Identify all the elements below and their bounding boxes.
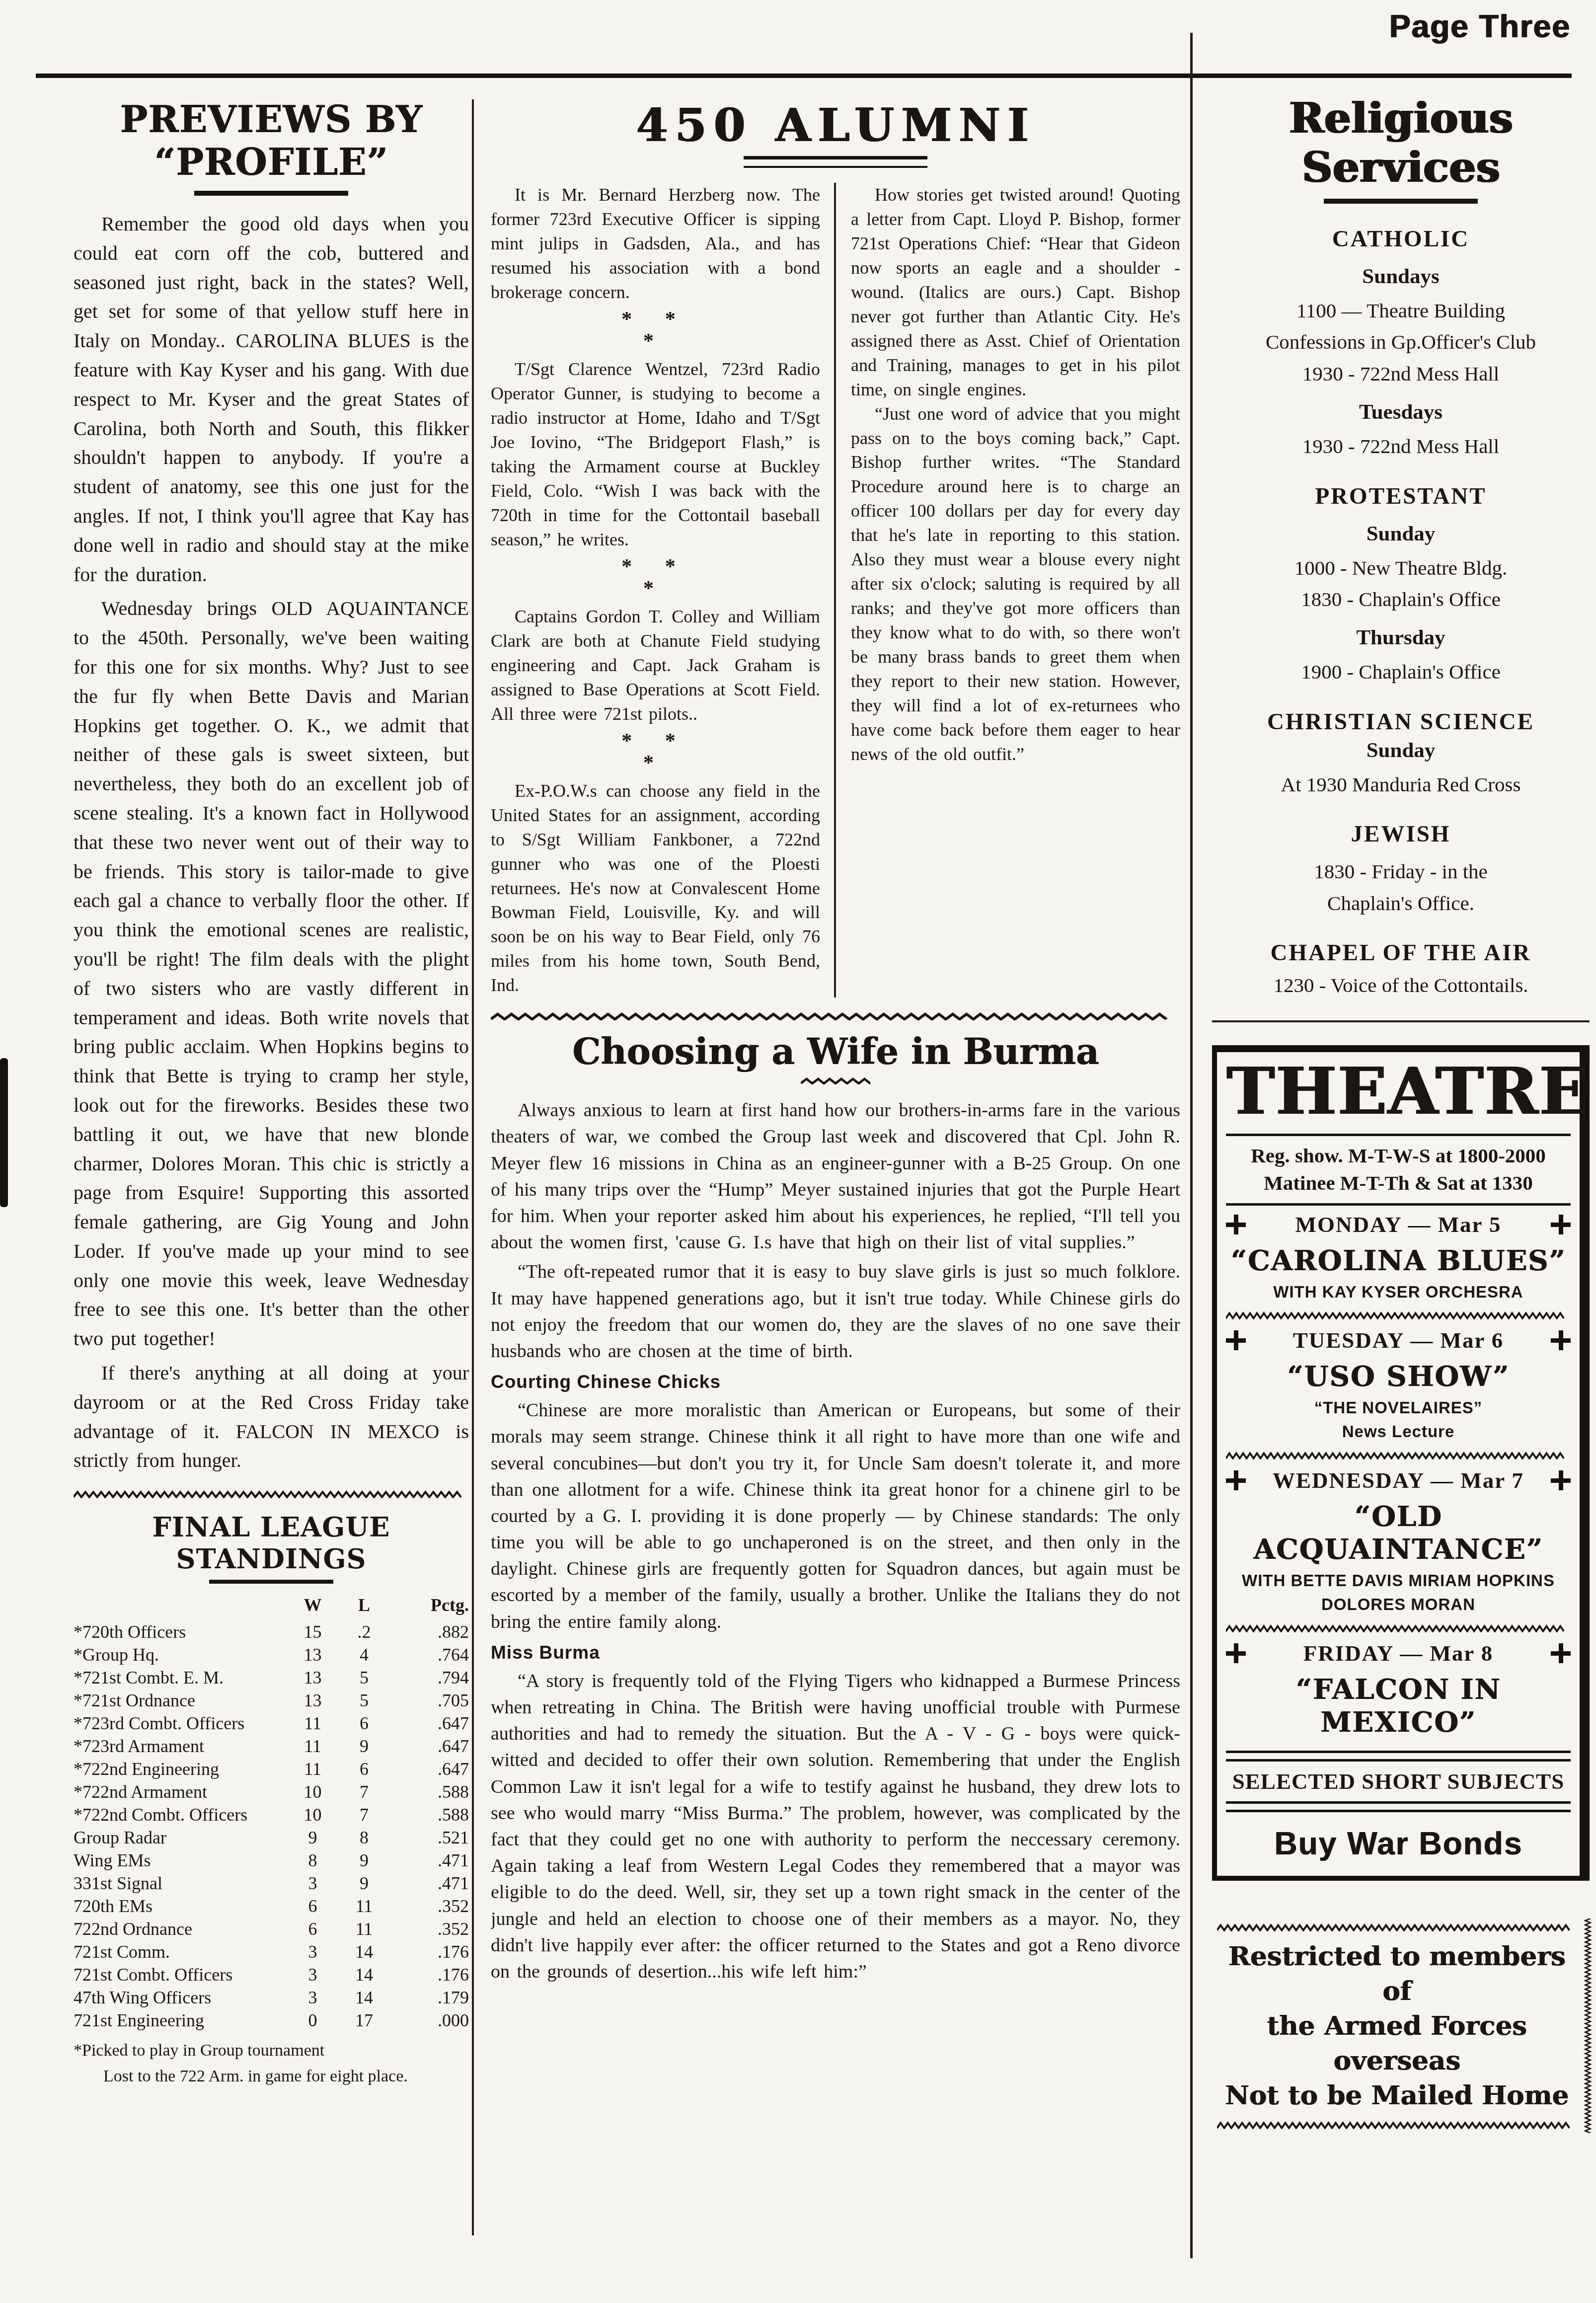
team-name: *720th Officers — [74, 1620, 287, 1643]
wins: 3 — [287, 1940, 338, 1963]
team-name: *723rd Armament — [74, 1735, 287, 1758]
standings-row: 720th EMs611.352 — [74, 1895, 469, 1918]
wins: 9 — [287, 1826, 338, 1849]
standings-row: *720th Officers15.2.882 — [74, 1620, 469, 1643]
christian-science-day: Sunday — [1212, 738, 1590, 763]
team-name: *723rd Combt. Officers — [74, 1712, 287, 1735]
schedule-entry: FRIDAY — Mar 8 “FALCON IN MEXICO” — [1226, 1640, 1571, 1739]
service-line: Chaplain's Office. — [1212, 889, 1590, 918]
wavy-border — [1217, 1923, 1577, 1931]
alumni-paragraph: T/Sgt Clarence Wentzel, 723rd Radio Oper… — [491, 357, 820, 552]
cross-icon — [1551, 1643, 1571, 1663]
squiggle-rule — [801, 1077, 870, 1084]
film-title: “FALCON IN MEXICO” — [1226, 1673, 1571, 1739]
theatre-schedule-box: THEATRE Reg. show. M-T-W-S at 1800-2000 … — [1212, 1045, 1590, 1881]
schedule-entry: MONDAY — Mar 5 “CAROLINA BLUES” WITH KAY… — [1226, 1212, 1571, 1304]
scan-artifact-mark — [0, 1058, 8, 1207]
pct-col-header: Pctg. — [390, 1594, 469, 1620]
wins: 13 — [287, 1689, 338, 1712]
protestant-heading: PROTESTANT — [1212, 483, 1590, 510]
wins: 3 — [287, 1986, 338, 2009]
religious-services-title: Religious Services — [1212, 93, 1590, 192]
film-cast: “THE NOVELAIRES” — [1226, 1396, 1571, 1420]
service-line: 1930 - 722nd Mess Hall — [1212, 360, 1590, 388]
day-row: MONDAY — Mar 5 — [1226, 1212, 1571, 1237]
catholic-day: Sundays — [1212, 264, 1590, 289]
losses: 4 — [338, 1643, 389, 1666]
film-title: “OLD ACQUAINTANCE” — [1226, 1500, 1571, 1566]
pct: .352 — [390, 1895, 469, 1918]
service-line: 1830 - Chaplain's Office — [1212, 585, 1590, 614]
team-name: *722nd Armament — [74, 1780, 287, 1803]
team-name: *722nd Engineering — [74, 1758, 287, 1780]
burma-title: Choosing a Wife in Burma — [491, 1030, 1180, 1073]
wins: 10 — [287, 1780, 338, 1803]
standings-row: 47th Wing Officers314.179 — [74, 1986, 469, 2009]
pct: .521 — [390, 1826, 469, 1849]
wins: 3 — [287, 1872, 338, 1895]
team-name: 721st Comm. — [74, 1940, 287, 1963]
pct: .647 — [390, 1735, 469, 1758]
day-row: TUESDAY — Mar 6 — [1226, 1327, 1571, 1353]
cross-icon — [1226, 1643, 1246, 1663]
losses: 14 — [338, 1986, 389, 2009]
losses: 6 — [338, 1758, 389, 1780]
standings-footnote: Lost to the 722 Arm. in game for eight p… — [74, 2065, 469, 2088]
previews-paragraph: If there's anything at all doing at your… — [74, 1359, 469, 1475]
wavy-border — [1217, 2121, 1577, 2129]
film-title: “USO SHOW” — [1226, 1360, 1571, 1393]
catholic-day: Tuesdays — [1212, 400, 1590, 424]
title-rule — [194, 191, 348, 196]
wins: 11 — [287, 1735, 338, 1758]
pct: .647 — [390, 1712, 469, 1735]
show-day: WEDNESDAY — Mar 7 — [1246, 1467, 1551, 1493]
previews-paragraph: Wednesday brings OLD AQUAINTANCE to the … — [74, 594, 469, 1354]
film-title: “CAROLINA BLUES” — [1226, 1244, 1571, 1277]
alumni-paragraph: How stories get twisted around! Quoting … — [851, 183, 1180, 402]
standings-row: *722nd Engineering116.647 — [74, 1758, 469, 1780]
column-divider — [1190, 33, 1193, 2258]
team-name: *721st Combt. E. M. — [74, 1666, 287, 1689]
team-name: Group Radar — [74, 1826, 287, 1849]
protestant-day: Sunday — [1212, 522, 1590, 546]
alumni-paragraph: It is Mr. Bernard Herzberg now. The form… — [491, 183, 820, 305]
losses: 8 — [338, 1826, 389, 1849]
team-name: *722nd Combt. Officers — [74, 1803, 287, 1826]
standings-footnote: *Picked to play in Group tournament — [74, 2039, 469, 2063]
losses: 11 — [338, 1895, 389, 1918]
burma-subhead: Miss Burma — [491, 1642, 1180, 1663]
pct: .705 — [390, 1689, 469, 1712]
standings-row: Wing EMs89.471 — [74, 1849, 469, 1872]
service-line: 1230 - Voice of the Cottontails. — [1212, 971, 1590, 999]
service-line: 1900 - Chaplain's Office — [1212, 658, 1590, 686]
standings-row: 721st Comm.314.176 — [74, 1940, 469, 1963]
team-name: 721st Engineering — [74, 2009, 287, 2032]
pct: .588 — [390, 1803, 469, 1826]
show-day: TUESDAY — Mar 6 — [1246, 1327, 1551, 1353]
losses: 17 — [338, 2009, 389, 2032]
christian-science-heading: CHRISTIAN SCIENCE — [1212, 708, 1590, 735]
alumni-paragraph: Captains Gordon T. Colley and William Cl… — [491, 605, 820, 726]
right-column: Religious Services CATHOLIC Sundays 1100… — [1212, 93, 1590, 2289]
losses: .2 — [338, 1620, 389, 1643]
wins: 3 — [287, 1963, 338, 1986]
day-row: FRIDAY — Mar 8 — [1226, 1640, 1571, 1666]
wavy-divider — [74, 1490, 469, 1498]
standings-row: *721st Ordnance135.705 — [74, 1689, 469, 1712]
film-cast: WITH BETTE DAVIS MIRIAM HOPKINS — [1226, 1569, 1571, 1593]
wins: 8 — [287, 1849, 338, 1872]
pct: .764 — [390, 1643, 469, 1666]
pct: .352 — [390, 1918, 469, 1940]
pct: .471 — [390, 1872, 469, 1895]
alumni-and-burma-column: 450 ALUMNI It is Mr. Bernard Herzberg no… — [491, 98, 1180, 2299]
star-separator-icon: * * * — [491, 556, 820, 600]
restricted-line: the Armed Forces overseas — [1217, 2009, 1577, 2078]
column-divider — [472, 99, 474, 2235]
standings-row: *Group Hq.134.764 — [74, 1643, 469, 1666]
schedule-entry: TUESDAY — Mar 6 “USO SHOW” “THE NOVELAIR… — [1226, 1327, 1571, 1444]
standings-row: Group Radar98.521 — [74, 1826, 469, 1849]
alumni-right-subcolumn: How stories get twisted around! Quoting … — [834, 183, 1180, 998]
service-line: At 1930 Manduria Red Cross — [1212, 770, 1590, 799]
service-line: 1830 - Friday - in the — [1212, 857, 1590, 886]
standings-row: *721st Combt. E. M.135.794 — [74, 1666, 469, 1689]
previews-column: PREVIEWS BY “PROFILE” Remember the good … — [74, 98, 469, 2257]
service-line: 1000 - New Theatre Bldg. — [1212, 554, 1590, 582]
alumni-title: 450 ALUMNI — [491, 98, 1180, 152]
wavy-divider — [1226, 1452, 1571, 1459]
losses: 6 — [338, 1712, 389, 1735]
film-cast: WITH KAY KYSER ORCHESRA — [1226, 1280, 1571, 1304]
pct: .176 — [390, 1963, 469, 1986]
team-name: *Group Hq. — [74, 1643, 287, 1666]
losses-col-header: L — [338, 1594, 389, 1620]
show-day: FRIDAY — Mar 8 — [1246, 1640, 1551, 1666]
wins: 15 — [287, 1620, 338, 1643]
rule — [1226, 1134, 1571, 1136]
previews-paragraph: Remember the good old days when you coul… — [74, 210, 469, 589]
pct: .471 — [390, 1849, 469, 1872]
team-name: 47th Wing Officers — [74, 1986, 287, 2009]
losses: 5 — [338, 1666, 389, 1689]
team-name: *721st Ordnance — [74, 1689, 287, 1712]
wins: 6 — [287, 1918, 338, 1940]
standings-row: *722nd Armament107.588 — [74, 1780, 469, 1803]
standings-row: *723rd Combt. Officers116.647 — [74, 1712, 469, 1735]
wins: 13 — [287, 1666, 338, 1689]
restricted-line: Not to be Mailed Home — [1217, 2078, 1577, 2113]
team-name: 722nd Ordnance — [74, 1918, 287, 1940]
burma-paragraph: “A story is frequently told of the Flyin… — [491, 1668, 1180, 1985]
standings-title: FINAL LEAGUE STANDINGS — [74, 1511, 469, 1575]
day-row: WEDNESDAY — Mar 7 — [1226, 1467, 1571, 1493]
wins: 13 — [287, 1643, 338, 1666]
film-cast: DOLORES MORAN — [1226, 1593, 1571, 1616]
burma-paragraph: “Chinese are more moralistic than Americ… — [491, 1397, 1180, 1635]
alumni-columns: It is Mr. Bernard Herzberg now. The form… — [491, 183, 1180, 998]
wins: 10 — [287, 1803, 338, 1826]
losses: 5 — [338, 1689, 389, 1712]
losses: 14 — [338, 1963, 389, 1986]
team-name: 331st Signal — [74, 1872, 287, 1895]
theatre-title: THEATRE — [1226, 1055, 1571, 1128]
cross-icon — [1551, 1330, 1571, 1350]
losses: 9 — [338, 1872, 389, 1895]
standings-row: *722nd Combt. Officers107.588 — [74, 1803, 469, 1826]
buy-war-bonds: Buy War Bonds — [1226, 1825, 1571, 1862]
double-rule — [744, 156, 927, 168]
chapel-heading: CHAPEL OF THE AIR — [1212, 939, 1590, 966]
service-line: 1100 — Theatre Building — [1212, 297, 1590, 325]
losses: 9 — [338, 1735, 389, 1758]
losses: 7 — [338, 1780, 389, 1803]
losses: 14 — [338, 1940, 389, 1963]
alumni-paragraph: “Just one word of advice that you might … — [851, 402, 1180, 767]
wins: 0 — [287, 2009, 338, 2032]
header-rule — [36, 74, 1572, 78]
pct: .000 — [390, 2009, 469, 2032]
service-line: Confessions in Gp.Officer's Club — [1212, 328, 1590, 356]
pct: .794 — [390, 1666, 469, 1689]
wavy-divider — [1226, 1311, 1571, 1319]
pct: .588 — [390, 1780, 469, 1803]
standings-table: W L Pctg. *720th Officers15.2.882 *Group… — [74, 1594, 469, 2032]
wins: 11 — [287, 1712, 338, 1735]
losses: 7 — [338, 1803, 389, 1826]
standings-header-row: W L Pctg. — [74, 1594, 469, 1620]
cross-icon — [1226, 1215, 1246, 1234]
cross-icon — [1226, 1470, 1246, 1490]
team-name: 720th EMs — [74, 1895, 287, 1918]
star-separator-icon: * * * — [491, 308, 820, 352]
standings-row: 331st Signal39.471 — [74, 1872, 469, 1895]
star-separator-icon: * * * — [491, 730, 820, 774]
wins-col-header: W — [287, 1594, 338, 1620]
section-rule — [1212, 1020, 1590, 1022]
wins: 11 — [287, 1758, 338, 1780]
wavy-divider — [1226, 1624, 1571, 1632]
pct: .882 — [390, 1620, 469, 1643]
schedule-entry: WEDNESDAY — Mar 7 “OLD ACQUAINTANCE” WIT… — [1226, 1467, 1571, 1616]
restricted-line: Restricted to members of — [1217, 1939, 1577, 2009]
wavy-divider — [491, 1012, 1180, 1020]
standings-row: 722nd Ordnance611.352 — [74, 1918, 469, 1940]
service-line: 1930 - 722nd Mess Hall — [1212, 432, 1590, 461]
previews-title: PREVIEWS BY “PROFILE” — [74, 98, 469, 184]
double-rule — [1226, 1801, 1571, 1812]
standings-row: *723rd Armament119.647 — [74, 1735, 469, 1758]
team-name: Wing EMs — [74, 1849, 287, 1872]
protestant-day: Thursday — [1212, 625, 1590, 650]
show-day: MONDAY — Mar 5 — [1246, 1212, 1551, 1237]
double-rule — [1226, 1751, 1571, 1762]
film-cast: News Lecture — [1226, 1420, 1571, 1444]
losses: 11 — [338, 1918, 389, 1940]
alumni-left-subcolumn: It is Mr. Bernard Herzberg now. The form… — [491, 183, 834, 998]
wins: 6 — [287, 1895, 338, 1918]
burma-paragraph: “The oft-repeated rumor that it is easy … — [491, 1259, 1180, 1365]
pct: .179 — [390, 1986, 469, 2009]
title-rule — [1324, 199, 1478, 204]
cross-icon — [1226, 1330, 1246, 1350]
wavy-border-vertical — [1584, 1919, 1592, 2133]
alumni-paragraph: Ex-P.O.W.s can choose any field in the U… — [491, 779, 820, 998]
rule — [1226, 1203, 1571, 1206]
regular-showtimes: Reg. show. M-T-W-S at 1800-2000 — [1226, 1142, 1571, 1169]
burma-paragraph: Always anxious to learn at first hand ho… — [491, 1097, 1180, 1256]
matinee-showtimes: Matinee M-T-Th & Sat at 1330 — [1226, 1169, 1571, 1197]
catholic-heading: CATHOLIC — [1212, 226, 1590, 252]
cross-icon — [1551, 1215, 1571, 1234]
team-name: 721st Combt. Officers — [74, 1963, 287, 1986]
page-number: Page Three — [1389, 8, 1570, 45]
title-rule — [209, 1580, 333, 1584]
losses: 9 — [338, 1849, 389, 1872]
jewish-heading: JEWISH — [1212, 821, 1590, 847]
pct: .176 — [390, 1940, 469, 1963]
selected-short-subjects: SELECTED SHORT SUBJECTS — [1226, 1762, 1571, 1801]
restricted-notice-box: Restricted to members of the Armed Force… — [1212, 1913, 1590, 2139]
team-col-header — [74, 1594, 287, 1620]
burma-subhead: Courting Chinese Chicks — [491, 1372, 1180, 1392]
standings-row: 721st Combt. Officers314.176 — [74, 1963, 469, 1986]
standings-row: 721st Engineering017.000 — [74, 2009, 469, 2032]
pct: .647 — [390, 1758, 469, 1780]
cross-icon — [1551, 1470, 1571, 1490]
